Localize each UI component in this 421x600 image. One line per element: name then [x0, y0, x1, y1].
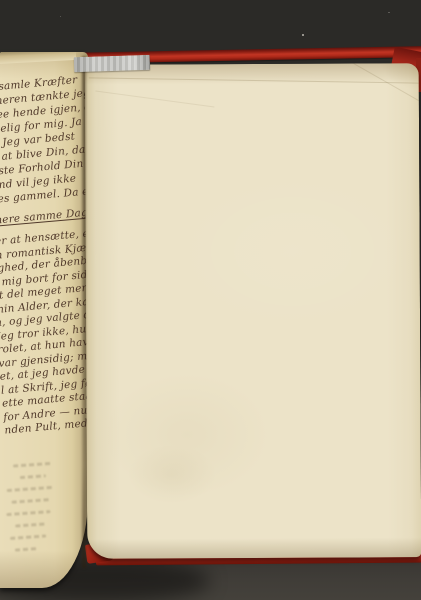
- page-stain: [127, 444, 217, 504]
- bleed-mark: [10, 534, 46, 540]
- left-manuscript-page: han samle Kræfter ommeren tænkte jeg d, …: [0, 52, 88, 588]
- handwriting-block: han samle Kræfter ommeren tænkte jeg d, …: [0, 70, 88, 438]
- bleed-mark: [12, 498, 50, 504]
- bleed-mark: [13, 462, 53, 468]
- page-corner-wear: [379, 63, 421, 91]
- bleed-through-marks: [0, 452, 76, 562]
- bleed-mark: [15, 522, 45, 527]
- right-blank-page: [85, 63, 421, 559]
- dust-speck: [60, 16, 61, 17]
- dust-speck: [302, 34, 304, 36]
- page-crease: [89, 77, 419, 83]
- book-gutter-shadow: [82, 56, 86, 568]
- photo-scene: han samle Kræfter ommeren tænkte jeg d, …: [0, 0, 421, 600]
- handwriting-lines-below: her at hensætte, et en romantisk Kjærlig…: [0, 225, 88, 438]
- bleed-mark: [7, 486, 53, 492]
- archive-sticker: [74, 55, 150, 72]
- page-crease: [95, 90, 214, 107]
- entry-heading: mere samme Dag: [0, 203, 88, 229]
- bleed-mark: [20, 474, 46, 479]
- dust-speck: [388, 12, 390, 13]
- bleed-mark: [6, 510, 50, 516]
- handwriting-lines-above: han samle Kræfter ommeren tænkte jeg d, …: [0, 70, 88, 207]
- page-corner-curl: [0, 52, 76, 64]
- bleed-mark: [15, 547, 39, 552]
